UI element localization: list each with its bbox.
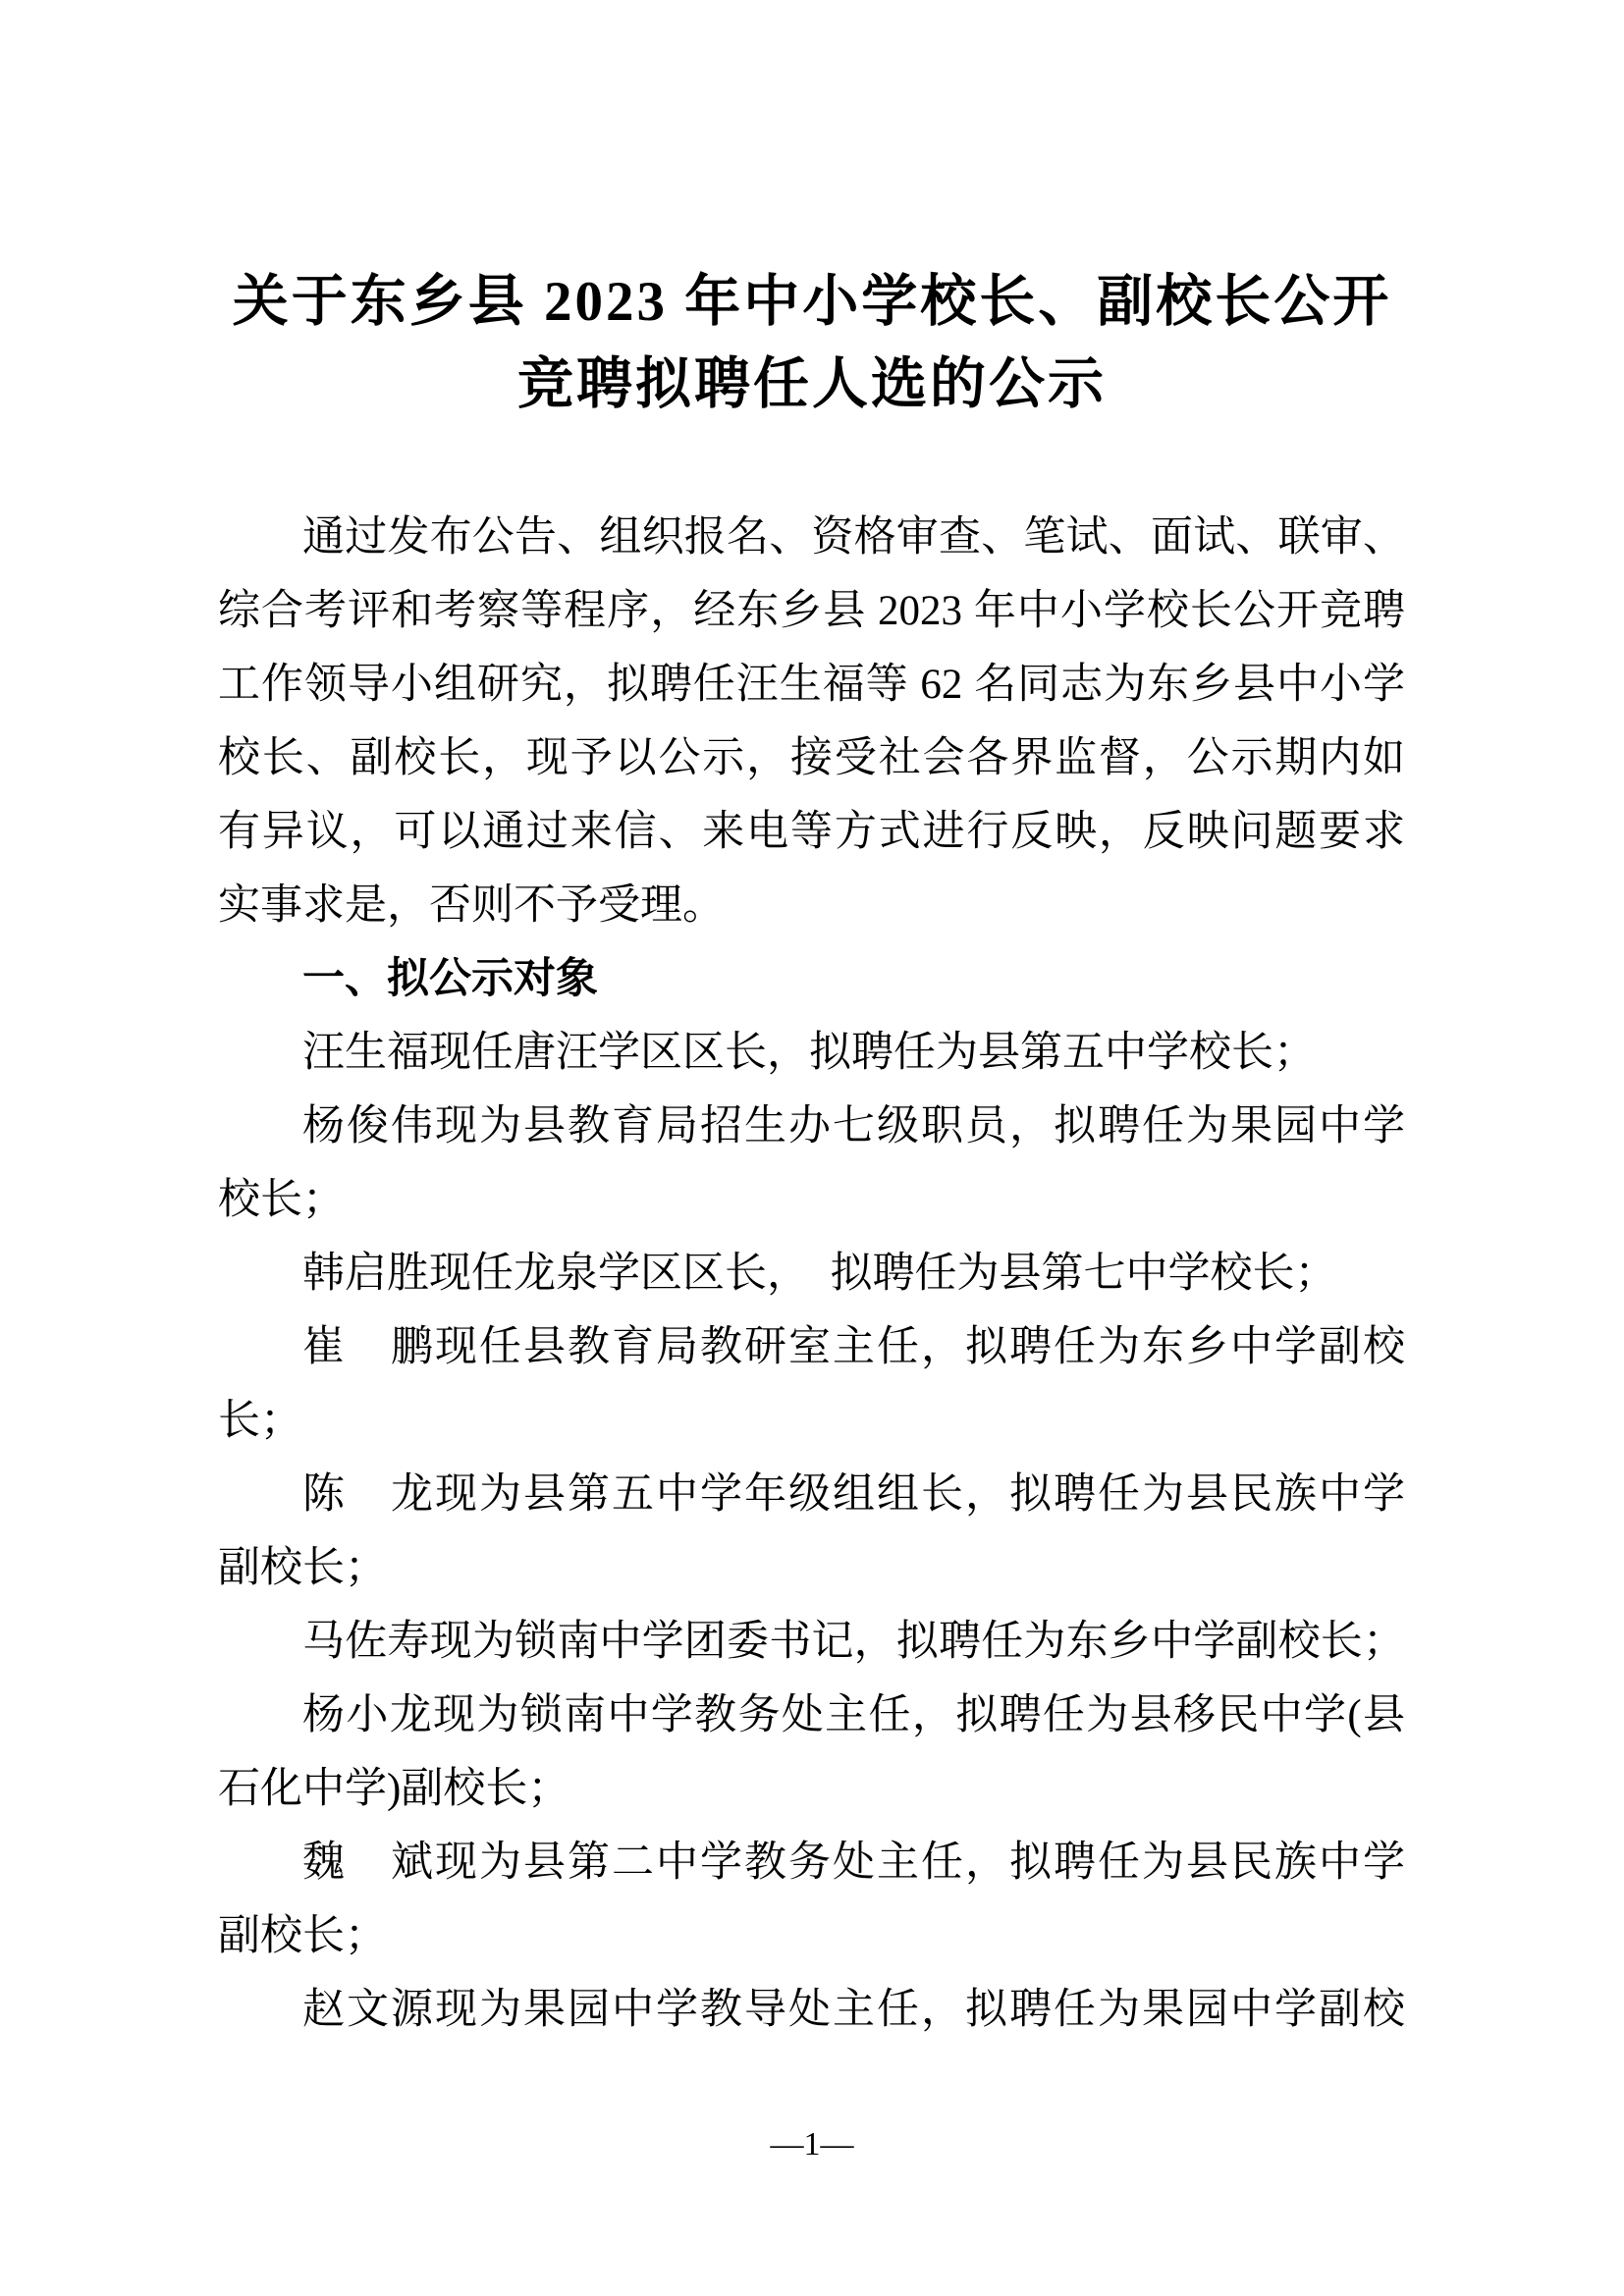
text-line: 通过发布公告、组织报名、资格审查、笔试、面试、联审、 xyxy=(218,501,1405,574)
text-line: 校长、副校长，现予以公示，接受社会各界监督，公示期内如 xyxy=(218,721,1405,795)
text-line: 综合考评和考察等程序，经东乡县 2023 年中小学校长公开竞聘 xyxy=(218,574,1405,648)
document-body: 通过发布公告、组织报名、资格审查、笔试、面试、联审、 综合考评和考察等程序，经东… xyxy=(218,501,1405,2047)
candidate-line: 崔 鹏现任县教育局教研室主任，拟聘任为东乡中学副校 xyxy=(218,1310,1405,1384)
candidate-line: 杨俊伟现为县教育局招生办七级职员，拟聘任为果园中学 xyxy=(218,1090,1405,1163)
candidate-line: 魏 斌现为县第二中学教务处主任，拟聘任为县民族中学 xyxy=(218,1826,1405,1899)
candidate-line: 韩启胜现任龙泉学区区长， 拟聘任为县第七中学校长； xyxy=(218,1237,1405,1310)
candidate-line: 马佐寿现为锁南中学团委书记，拟聘任为东乡中学副校长； xyxy=(218,1605,1405,1679)
text-line: 实事求是，否则不予受理。 xyxy=(218,869,1405,942)
section-heading: 一、拟公示对象 xyxy=(218,942,1405,1016)
candidate-line: 赵文源现为果园中学教导处主任，拟聘任为果园中学副校 xyxy=(218,1973,1405,2047)
candidate-line: 石化中学)副校长； xyxy=(218,1752,1405,1826)
text-line: 工作领导小组研究，拟聘任汪生福等 62 名同志为东乡县中小学 xyxy=(218,648,1405,721)
page-number: —1— xyxy=(0,2120,1624,2169)
document-title-line1: 关于东乡县 2023 年中小学校长、副校长公开 xyxy=(0,261,1624,344)
candidate-line: 校长； xyxy=(218,1163,1405,1237)
candidate-line: 副校长； xyxy=(218,1899,1405,1973)
document-page: 关于东乡县 2023 年中小学校长、副校长公开 竞聘拟聘任人选的公示 通过发布公… xyxy=(0,0,1624,2296)
candidate-line: 副校长； xyxy=(218,1531,1405,1605)
candidate-line: 陈 龙现为县第五中学年级组组长，拟聘任为县民族中学 xyxy=(218,1458,1405,1531)
candidate-line: 杨小龙现为锁南中学教务处主任，拟聘任为县移民中学(县 xyxy=(218,1679,1405,1752)
candidate-line: 长； xyxy=(218,1384,1405,1458)
text-line: 有异议，可以通过来信、来电等方式进行反映，反映问题要求 xyxy=(218,795,1405,869)
candidate-line: 汪生福现任唐汪学区区长，拟聘任为县第五中学校长； xyxy=(218,1016,1405,1090)
document-title: 关于东乡县 2023 年中小学校长、副校长公开 竞聘拟聘任人选的公示 xyxy=(0,0,1624,426)
document-title-line2: 竞聘拟聘任人选的公示 xyxy=(0,344,1624,426)
